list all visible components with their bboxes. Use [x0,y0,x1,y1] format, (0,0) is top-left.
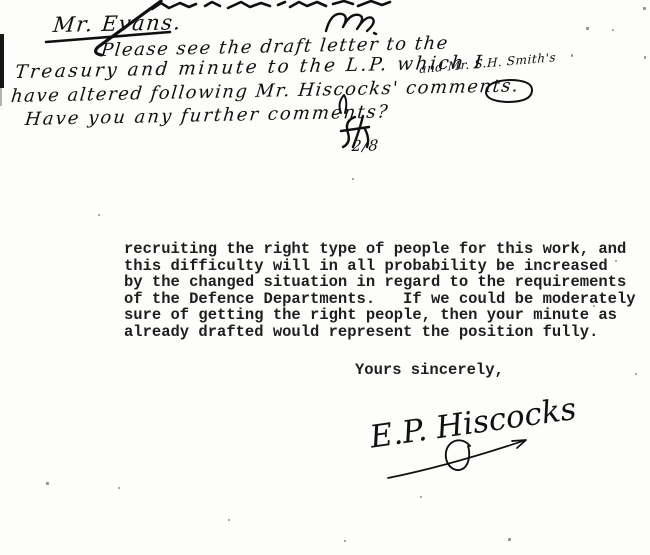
scan-speck [228,519,230,521]
cutoff-handwriting-fragment [152,1,390,9]
scan-speck [118,487,120,489]
scan-speck [420,496,422,498]
typed-line: this difficulty will in all probability … [124,258,650,275]
typed-line: recruiting the right type of people for … [124,241,650,258]
scan-speck [644,56,646,59]
handwritten-line-4: Have you any further comments? [24,101,391,130]
typed-line: already drafted would represent the posi… [124,324,650,341]
scan-speck [46,482,49,485]
scan-speck [508,538,511,541]
scan-speck [593,305,595,307]
handwritten-recipient: Mr. Evans. [52,10,183,37]
scan-speck [612,29,614,31]
signature-flourish-loop [446,440,470,470]
handwriting-scribble [326,14,376,34]
scan-edge-artifact [0,34,4,88]
signature-name-text: E.P. Hiscocks [367,391,579,456]
scan-speck [571,54,573,57]
handwritten-date: 2/8 [351,136,380,155]
scan-speck [643,7,646,10]
typed-line: by the changed situation in regard to th… [124,274,650,291]
scanned-letter-page: Mr. Evans. Please see the draft letter t… [0,0,650,555]
typed-paragraph: recruiting the right type of people for … [124,241,650,341]
scan-speck [352,178,354,180]
typed-line: of the Defence Departments. If we could … [124,291,650,308]
scan-speck [635,373,637,375]
scan-speck [98,214,100,216]
scan-speck [615,260,617,262]
scan-speck [586,27,589,30]
scan-speck [344,540,346,542]
typed-line: sure of getting the right people, then y… [124,307,650,324]
scan-edge-artifact-faint [0,88,2,106]
signature: E.P. Hiscocks [358,374,583,489]
